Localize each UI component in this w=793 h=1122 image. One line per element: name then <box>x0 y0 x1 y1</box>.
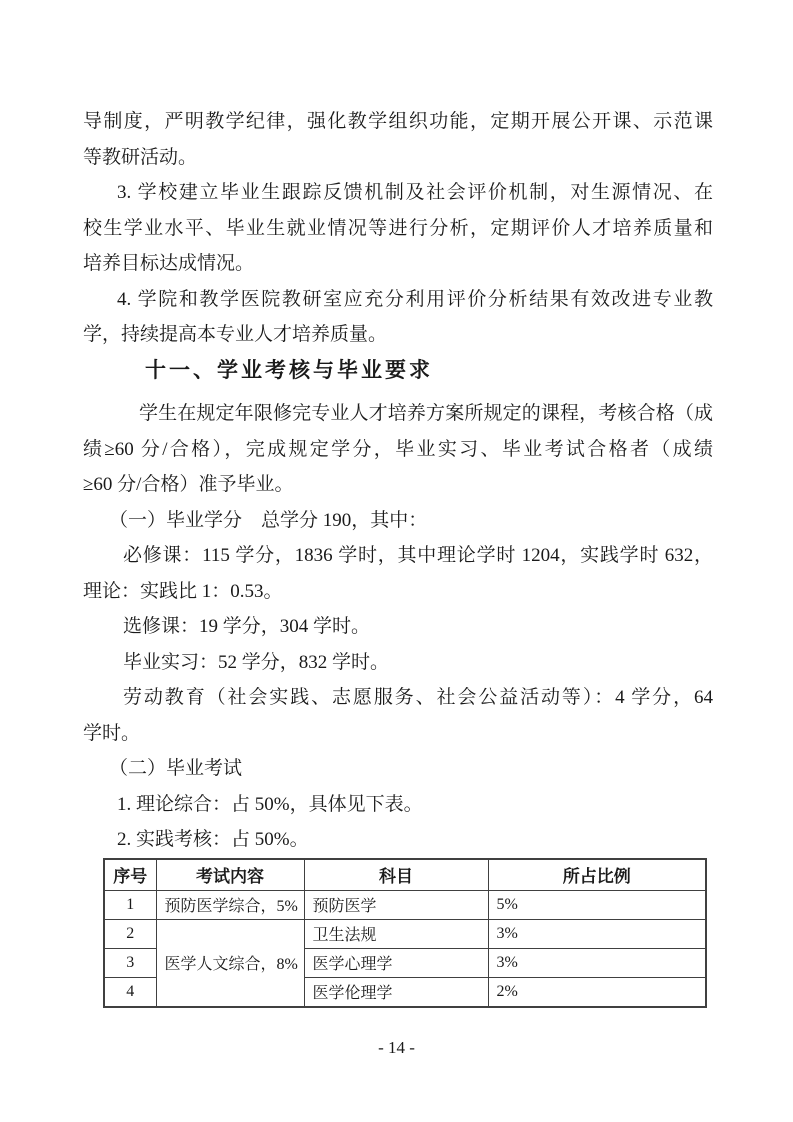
header-cell-subject: 科目 <box>304 859 488 891</box>
cell-subject: 医学心理学 <box>304 948 488 977</box>
cell-no: 1 <box>104 890 156 919</box>
section-heading: 十一、学业考核与毕业要求 <box>83 353 713 389</box>
text-line: 4. 学院和教学医院教研室应充分利用评价分析结果有效改进专业教 <box>83 282 713 318</box>
text-line: 学生在规定年限修完专业人才培养方案所规定的课程，考核合格（成 <box>83 396 713 432</box>
table-header-row: 序号 考试内容 科目 所占比例 <box>104 859 706 891</box>
text-line: 等教研活动。 <box>83 140 713 176</box>
text-line: ≥60 分/合格）准予毕业。 <box>83 467 713 503</box>
cell-ratio: 3% <box>488 919 706 948</box>
cell-ratio: 3% <box>488 948 706 977</box>
text-line: 培养目标达成情况。 <box>83 246 713 282</box>
document-page: 导制度，严明教学纪律，强化教学组织功能，定期开展公开课、示范课 等教研活动。 3… <box>0 0 793 1122</box>
text-line: 理论：实践比 1：0.53。 <box>83 574 713 610</box>
text-line: 劳动教育（社会实践、志愿服务、社会公益活动等）：4 学分，64 <box>83 680 713 716</box>
text-line: 校生学业水平、毕业生就业情况等进行分析，定期评价人才培养质量和 <box>83 211 713 247</box>
header-cell-no: 序号 <box>104 859 156 891</box>
text-line: 1. 理论综合：占 50%，具体见下表。 <box>83 787 713 823</box>
text-line: （一）毕业学分 总学分 190，其中： <box>83 503 713 539</box>
text-line: 绩≥60 分/合格），完成规定学分，毕业实习、毕业考试合格者（成绩 <box>83 432 713 468</box>
text-line: 3. 学校建立毕业生跟踪反馈机制及社会评价机制，对生源情况、在 <box>83 175 713 211</box>
text-line: 必修课：115 学分，1836 学时，其中理论学时 1204，实践学时 632， <box>83 538 713 574</box>
cell-ratio: 2% <box>488 977 706 1007</box>
cell-content-merged: 医学人文综合，8% <box>156 919 304 1007</box>
text-line: 学，持续提高本专业人才培养质量。 <box>83 317 713 353</box>
cell-subject: 预防医学 <box>304 890 488 919</box>
header-cell-ratio: 所占比例 <box>488 859 706 891</box>
cell-no: 3 <box>104 948 156 977</box>
page-number: - 14 - <box>0 1036 793 1060</box>
table-row: 1 预防医学综合，5% 预防医学 5% <box>104 890 706 919</box>
text-line: 学时。 <box>83 716 713 752</box>
body-text: 导制度，严明教学纪律，强化教学组织功能，定期开展公开课、示范课 等教研活动。 3… <box>83 104 713 1008</box>
table-row: 2 医学人文综合，8% 卫生法规 3% <box>104 919 706 948</box>
cell-ratio: 5% <box>488 890 706 919</box>
text-line: 2. 实践考核：占 50%。 <box>83 822 713 858</box>
cell-subject: 卫生法规 <box>304 919 488 948</box>
text-line: （二）毕业考试 <box>83 751 713 787</box>
header-cell-content: 考试内容 <box>156 859 304 891</box>
text-line: 导制度，严明教学纪律，强化教学组织功能，定期开展公开课、示范课 <box>83 104 713 140</box>
cell-no: 2 <box>104 919 156 948</box>
exam-table: 序号 考试内容 科目 所占比例 1 预防医学综合，5% 预防医学 5% 2 医学… <box>103 858 707 1008</box>
cell-no: 4 <box>104 977 156 1007</box>
cell-subject: 医学伦理学 <box>304 977 488 1007</box>
cell-content: 预防医学综合，5% <box>156 890 304 919</box>
text-line: 选修课：19 学分，304 学时。 <box>83 609 713 645</box>
text-line: 毕业实习：52 学分，832 学时。 <box>83 645 713 681</box>
